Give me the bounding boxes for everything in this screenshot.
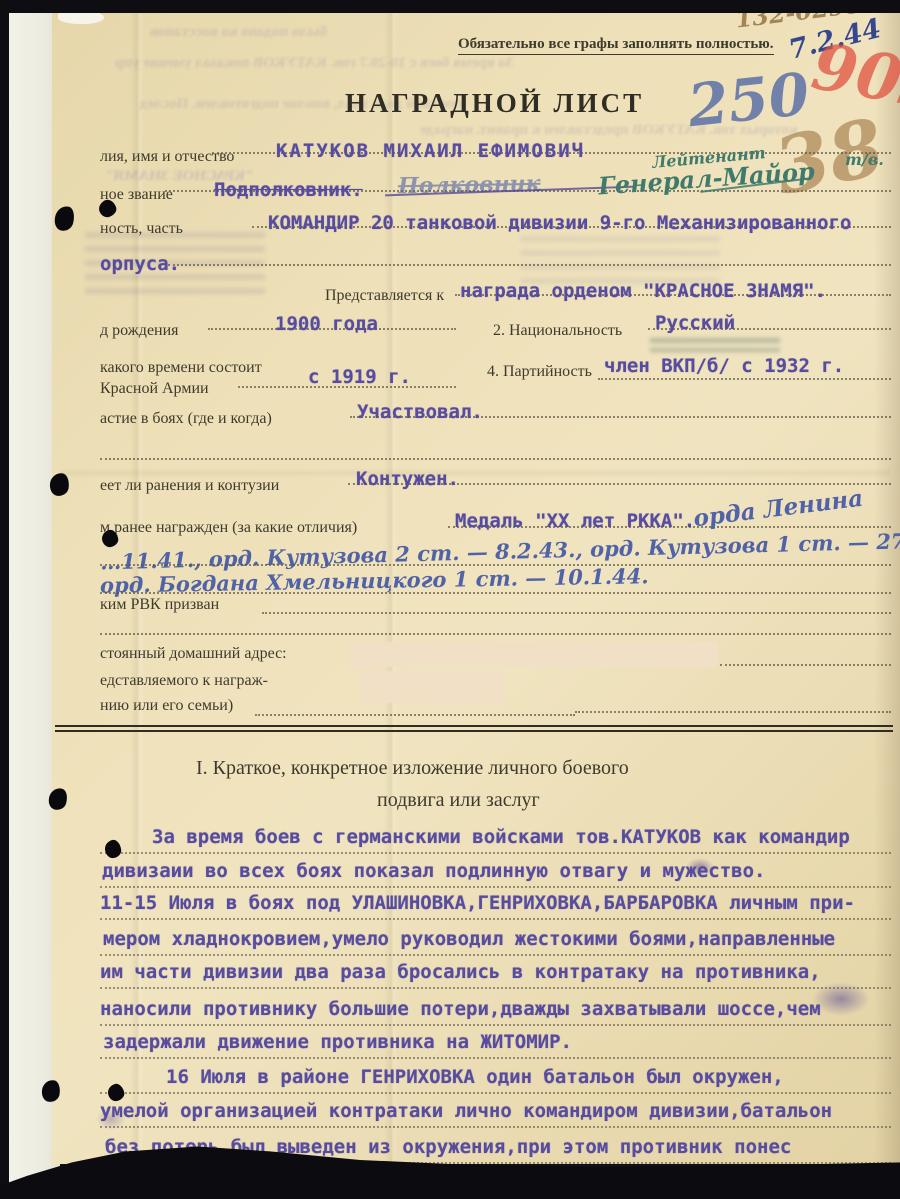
- body-line: 16 Июля в районе ГЕНРИХОВКА один батальо…: [100, 1066, 891, 1094]
- field-value-service: с 1919 г.: [308, 366, 411, 388]
- section-heading-2: подвига или заслуг: [377, 789, 540, 812]
- redaction-box: [350, 642, 718, 667]
- field-value-presented: награда орденом "КРАСНОЕ ЗНАМЯ".: [460, 280, 826, 302]
- field-label-service: какого времени состоит: [100, 359, 262, 377]
- body-line: им части дивизии два раза бросались в ко…: [100, 961, 891, 989]
- dotted-line: [720, 662, 891, 666]
- dotted-line: [255, 712, 575, 716]
- field-label-birthyear: д рождения: [100, 322, 179, 340]
- ink-blot: [96, 1108, 126, 1130]
- dotted-line: [100, 456, 891, 460]
- field-label-address-3: нию или его семьи): [100, 697, 233, 715]
- field-value-unit-2: орпуса.: [100, 253, 180, 275]
- body-line: мером хладнокровием,умело руководил жест…: [100, 928, 891, 956]
- fill-all-fields-note: Обязательно все графы заполнять полность…: [458, 36, 774, 55]
- field-label-address-2: едставляемого к награж-: [100, 672, 268, 690]
- body-line: наносили противнику большие потери,дважд…: [100, 998, 891, 1026]
- ghost-text: было подано ко восстанов: [149, 24, 328, 41]
- scan-border-top: [0, 0, 900, 13]
- rank-suffix-handwritten: т/в.: [845, 150, 884, 169]
- body-line: дивизаии во всех боях показал подлинную …: [100, 860, 891, 888]
- field-value-rank-crossed: Подполковник.: [214, 179, 363, 201]
- field-label-combat: астие в боях (где и когда): [100, 410, 272, 428]
- dotted-line: [100, 631, 891, 635]
- body-line: За время боев с германскими войсками тов…: [100, 826, 891, 854]
- field-value-party: член ВКП/б/ с 1932 г.: [604, 355, 844, 377]
- field-value-wounds: Контужен.: [356, 468, 459, 490]
- field-value-prev-awards: Медаль "ХХ лет РККА".: [455, 510, 695, 532]
- dotted-line: [575, 709, 891, 713]
- field-label-service-2: Красной Армии: [100, 380, 209, 398]
- document-scan: было подано ко восстанов За время боев с…: [0, 0, 900, 1199]
- field-label-presented: Представляется к: [325, 287, 444, 305]
- field-label-nationality: 2. Национальность: [493, 322, 622, 340]
- ghost-stamp-block: [520, 236, 720, 286]
- field-label-party: 4. Партийность: [487, 363, 592, 381]
- redaction-box: [360, 671, 506, 703]
- field-value-birthyear: 1900 года: [275, 313, 378, 335]
- body-line: 11-15 Июля в боях под УЛАШИНОВКА,ГЕНРИХО…: [100, 892, 891, 920]
- ghost-text: За время боев с 10-20.7 гов. КАТУКОВ пок…: [114, 55, 515, 72]
- body-line: умелой организацией контратаки лично ком…: [100, 1100, 891, 1128]
- dotted-line: [168, 262, 891, 266]
- ink-blot: [686, 858, 714, 876]
- dotted-line: [262, 610, 891, 614]
- field-value-unit: КОМАНДИР 20 танковой дивизии 9-го Механи…: [268, 212, 851, 234]
- field-label-wounds: еет ли ранения и контузии: [100, 477, 279, 495]
- document-title: НАГРАДНОЙ ЛИСТ: [345, 88, 644, 119]
- ink-blot: [812, 982, 870, 1016]
- field-value-combat: Участвовал.: [357, 401, 483, 423]
- body-line: задержали движение противника на ЖИТОМИР…: [100, 1031, 891, 1059]
- field-label-prev-awards: м ранее награжден (за какие отличия): [100, 519, 357, 537]
- scan-border-left: [0, 0, 9, 1199]
- field-label-unit: ность, часть: [100, 220, 183, 238]
- section-divider: [55, 725, 893, 732]
- ghost-stamp-small: [650, 338, 780, 352]
- field-value-nationality: Русский: [655, 312, 735, 334]
- field-label-address: стоянный домашний адрес:: [100, 645, 287, 663]
- field-label-rvk: ким РВК призван: [100, 596, 219, 614]
- section-heading-1: I. Краткое, конкретное изложение личного…: [196, 757, 629, 780]
- dotted-line: [100, 590, 891, 594]
- field-value-name: КАТУКОВ МИХАИЛ ЕФИМОВИЧ: [276, 140, 585, 162]
